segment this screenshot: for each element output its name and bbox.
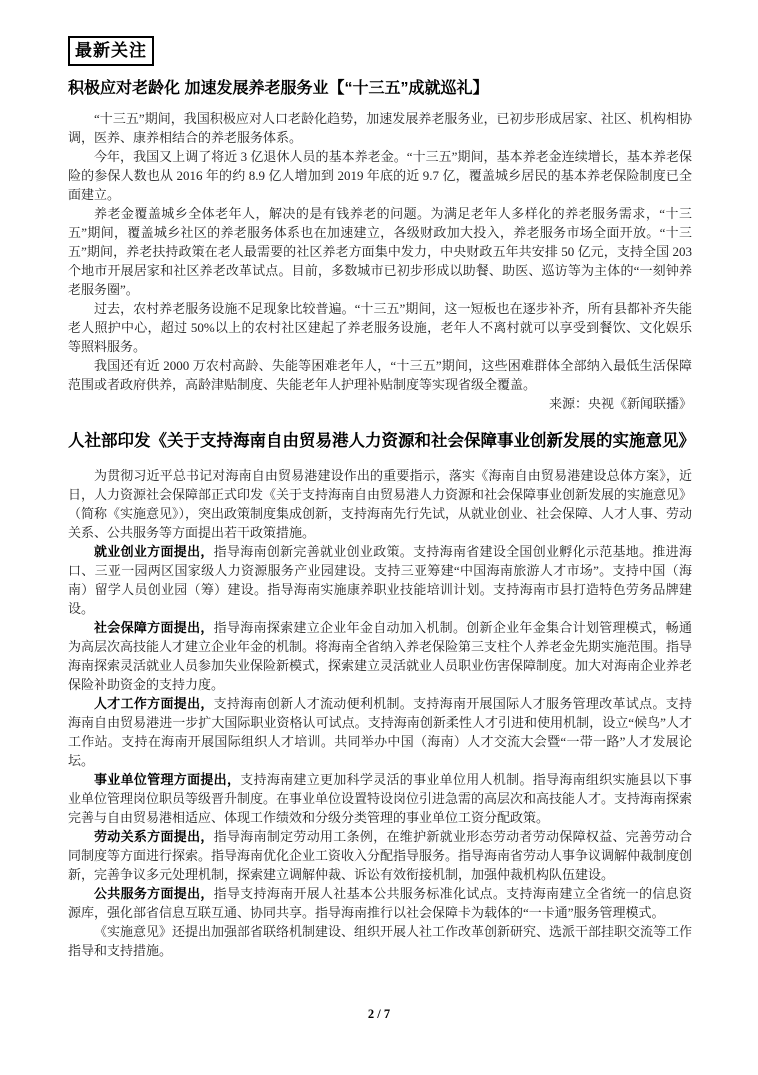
page-number: 2 / 7 xyxy=(0,1007,758,1022)
article1-paragraph-2: 今年，我国又上调了将近 3 亿退休人员的基本养老金。“十三五”期间，基本养老金连… xyxy=(68,147,692,204)
section-label: 最新关注 xyxy=(68,36,154,66)
article2-title: 人社部印发《关于支持海南自由贸易港人力资源和社会保障事业创新发展的实施意见》 xyxy=(68,419,692,464)
article2-paragraph-7: 公共服务方面提出，指导支持海南开展人社基本公共服务标准化试点。支持海南建立全省统… xyxy=(68,884,692,922)
paragraph-text: 《实施意见》还提出加强部省联络机制建设、组织开展人社工作改革创新研究、选派干部挂… xyxy=(68,924,692,958)
paragraph-lead: 事业单位管理方面提出， xyxy=(94,772,240,787)
paragraph-lead: 公共服务方面提出， xyxy=(94,886,214,901)
article2-paragraph-3: 社会保障方面提出，指导海南探索建立企业年金自动加入机制。创新企业年金集合计划管理… xyxy=(68,618,692,694)
article1-paragraph-3: 养老金覆盖城乡全体老年人，解决的是有钱养老的问题。为满足老年人多样化的养老服务需… xyxy=(68,204,692,299)
article1-source: 来源：央视《新闻联播》 xyxy=(68,394,692,413)
paragraph-text: 为贯彻习近平总书记对海南自由贸易港建设作出的重要指示，落实《海南自由贸易港建设总… xyxy=(68,468,692,540)
article1-title: 积极应对老龄化 加速发展养老服务业【“十三五”成就巡礼】 xyxy=(68,78,692,100)
article1-paragraph-4: 过去，农村养老服务设施不足现象比较普遍。“十三五”期间，这一短板也在逐步补齐，所… xyxy=(68,299,692,356)
article2-paragraph-2: 就业创业方面提出，指导海南创新完善就业创业政策。支持海南省建设全国创业孵化示范基… xyxy=(68,542,692,618)
document-page: 最新关注 积极应对老龄化 加速发展养老服务业【“十三五”成就巡礼】 “十三五”期… xyxy=(0,0,758,1075)
article2-paragraph-6: 劳动关系方面提出，指导海南制定劳动用工条例，在维护新就业形态劳动者劳动保障权益、… xyxy=(68,827,692,884)
article2-paragraph-1: 为贯彻习近平总书记对海南自由贸易港建设作出的重要指示，落实《海南自由贸易港建设总… xyxy=(68,466,692,542)
paragraph-lead: 社会保障方面提出， xyxy=(94,620,214,635)
article1-paragraph-5: 我国还有近 2000 万农村高龄、失能等困难老年人，“十三五”期间，这些困难群体… xyxy=(68,356,692,394)
paragraph-lead: 人才工作方面提出， xyxy=(94,696,214,711)
article2-paragraph-5: 事业单位管理方面提出，支持海南建立更加科学灵活的事业单位用人机制。指导海南组织实… xyxy=(68,770,692,827)
article2-paragraph-4: 人才工作方面提出，支持海南创新人才流动便利机制。支持海南开展国际人才服务管理改革… xyxy=(68,694,692,770)
article2-paragraph-8: 《实施意见》还提出加强部省联络机制建设、组织开展人社工作改革创新研究、选派干部挂… xyxy=(68,922,692,960)
paragraph-lead: 就业创业方面提出， xyxy=(94,544,214,559)
article1-paragraph-1: “十三五”期间，我国积极应对人口老龄化趋势，加速发展养老服务业，已初步形成居家、… xyxy=(68,109,692,147)
paragraph-lead: 劳动关系方面提出， xyxy=(94,829,214,844)
